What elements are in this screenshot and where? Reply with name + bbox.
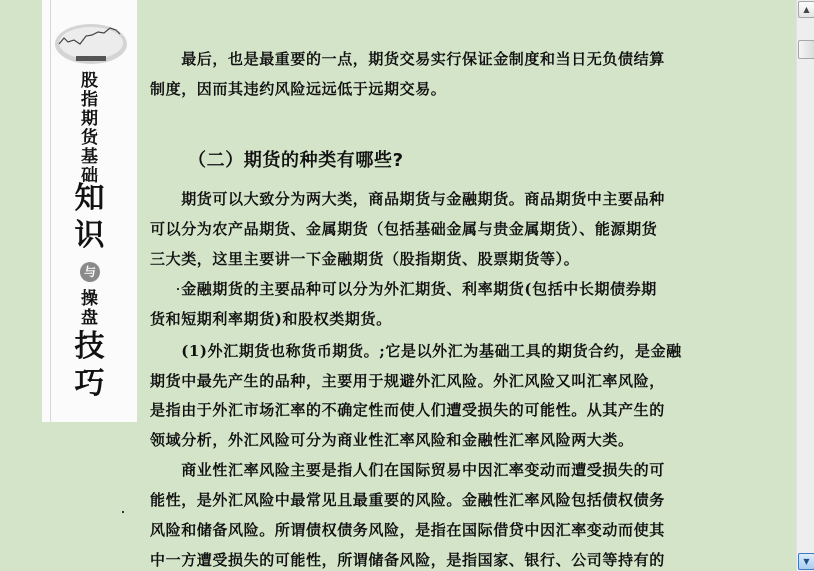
book-sidebar-banner: 股 指 期 货 基 础 知 识 与 操 盘 技 巧 xyxy=(42,0,137,422)
text-line: (1)外汇期货也称货币期货。;它是以外汇为基础工具的期货合约，是金融 xyxy=(150,340,682,361)
scroll-down-button[interactable]: ▼ xyxy=(798,553,814,570)
title-char: 货 xyxy=(42,129,137,148)
text-line: 期货可以大致分为两大类，商品期货与金融期货。商品期货中主要品种 xyxy=(150,188,665,209)
stock-chart-oval-icon xyxy=(54,22,128,66)
connector-badge: 与 xyxy=(80,262,100,282)
book-title-vertical-2: 操 盘 xyxy=(42,290,137,328)
text-line: 是指由于外汇市场汇率的不确定性而使人们遭受损失的可能性。从其产生的 xyxy=(150,399,665,420)
text-line: 风险和储备风险。所谓债权债务风险，是指在国际借贷中因汇率变动而使其 xyxy=(150,519,665,540)
text-line: 可以分为农产品期货、金属期货（包括基础金属与贵金属期货）、能源期货 xyxy=(150,218,657,239)
text-line: 金融期货的主要品种可以分为外汇期货、利率期货(包括中长期债券期 xyxy=(150,278,657,299)
text-line: 三大类，这里主要讲一下金融期货（股指期货、股票期货等）。 xyxy=(150,248,579,269)
scroll-up-button[interactable]: ▲ xyxy=(798,1,814,18)
vertical-scrollbar[interactable]: ▲ ▼ xyxy=(796,0,814,571)
title-char: 操 xyxy=(42,290,137,309)
text-line: 货和短期利率期货)和股权类期货。 xyxy=(150,308,392,329)
text-line: 能性，是外汇风险中最常见且最重要的风险。金融性汇率风险包括债权债务 xyxy=(150,489,665,510)
title-char: 指 xyxy=(42,91,137,110)
text-line: 期货中最先产生的品种，主要用于规避外汇风险。外汇风险又叫汇率风险， xyxy=(150,370,665,391)
title-char: 股 xyxy=(42,72,137,91)
text-line: 最后，也是最重要的一点，期货交易实行保证金制度和当日无负债结算 xyxy=(150,48,665,69)
calligraphy-title-1: 知 识 xyxy=(42,180,137,254)
book-title-vertical: 股 指 期 货 基 础 xyxy=(42,72,137,186)
calligraphy-char: 知 xyxy=(42,180,137,217)
calligraphy-char: 识 xyxy=(42,217,137,254)
text-line: 制度，因而其违约风险远远低于远期交易。 xyxy=(150,78,446,99)
text-line: 中一方遭受损失的可能性，所谓储备风险，是指国家、银行、公司等持有的 xyxy=(150,549,665,570)
title-char: 基 xyxy=(42,148,137,167)
calligraphy-title-2: 技 巧 xyxy=(42,328,137,402)
scan-speck xyxy=(177,288,179,290)
scroll-thumb[interactable] xyxy=(798,40,814,59)
text-line: 商业性汇率风险主要是指人们在国际贸易中因汇率变动而遭受损失的可 xyxy=(150,459,665,480)
section-heading: （二）期货的种类有哪些? xyxy=(188,146,404,172)
text-line: 领域分析，外汇风险可分为商业性汇率风险和金融性汇率风险两大类。 xyxy=(150,429,634,450)
scan-speck xyxy=(122,511,124,513)
title-char: 盘 xyxy=(42,309,137,328)
calligraphy-char: 巧 xyxy=(42,365,137,402)
calligraphy-char: 技 xyxy=(42,328,137,365)
title-char: 期 xyxy=(42,110,137,129)
